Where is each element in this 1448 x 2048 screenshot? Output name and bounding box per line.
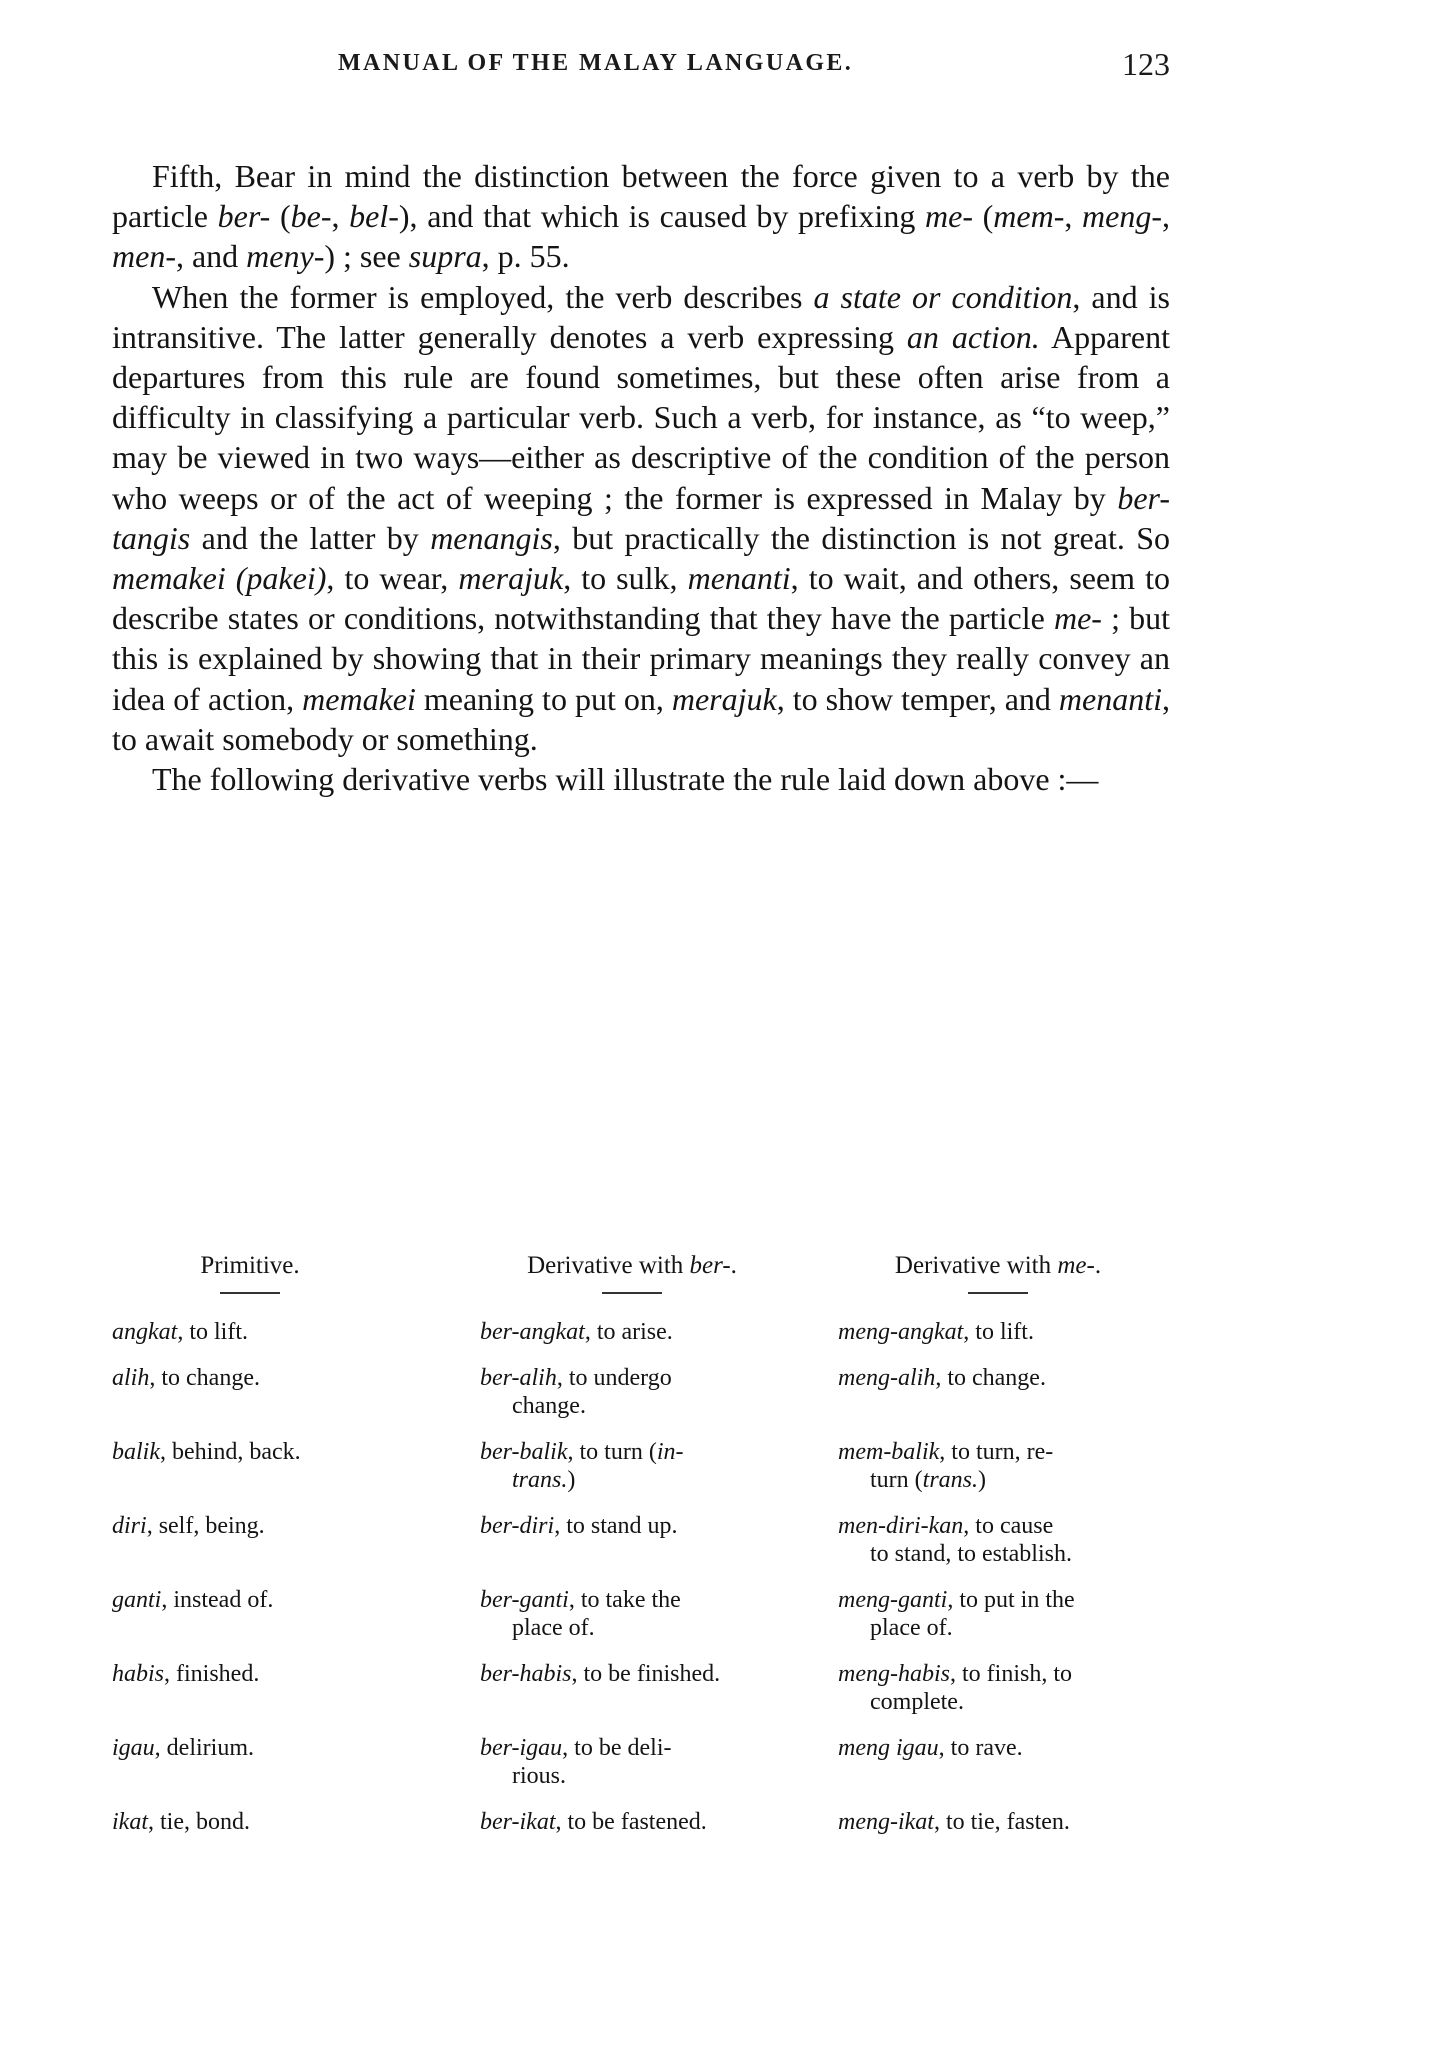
gloss: , finished. [164, 1661, 259, 1687]
table-row: igau, delirium.ber-igau, to be deli-riou… [112, 1734, 1182, 1808]
ber-derivative-cell: ber-angkat, to arise. [480, 1318, 798, 1346]
malay-word: ber-diri [480, 1513, 554, 1539]
column-header-ber: Derivative with ber-. [462, 1252, 802, 1294]
me-derivative-cell: mem-balik, to turn, re-turn (trans.) [838, 1438, 1178, 1494]
malay-word: ber-ikat [480, 1809, 556, 1835]
malay-word: angkat [112, 1319, 177, 1345]
malay-word: ber-angkat [480, 1319, 585, 1345]
primitive-cell: diri, self, being. [112, 1512, 442, 1540]
ber-derivative-cell: ber-diri, to stand up. [480, 1512, 798, 1540]
malay-word: balik [112, 1439, 160, 1465]
gloss: , to turn ( [568, 1439, 657, 1465]
malay-word: habis [112, 1661, 164, 1687]
gloss: , to put in the [947, 1587, 1074, 1613]
primitive-cell: ikat, tie, bond. [112, 1808, 442, 1836]
malay-word: ber-balik [480, 1439, 568, 1465]
table-row: angkat, to lift.ber-angkat, to arise.men… [112, 1318, 1182, 1364]
ber-derivative-cell: ber-igau, to be deli-rious. [480, 1734, 798, 1790]
gloss: , to lift. [963, 1319, 1034, 1345]
primitive-cell: igau, delirium. [112, 1734, 442, 1762]
primitive-cell: habis, finished. [112, 1660, 442, 1688]
page-number: 123 [1122, 46, 1170, 83]
table-row: ganti, instead of.ber-ganti, to take the… [112, 1586, 1182, 1660]
paragraph: The following derivative verbs will illu… [112, 759, 1170, 799]
me-derivative-cell: meng-angkat, to lift. [838, 1318, 1178, 1346]
ber-derivative-cell: ber-alih, to undergochange. [480, 1364, 798, 1420]
malay-word: ber-alih [480, 1365, 557, 1391]
header-rule [968, 1292, 1028, 1294]
primitive-cell: alih, to change. [112, 1364, 442, 1392]
gloss: , delirium. [155, 1735, 254, 1761]
gloss: , to cause [963, 1513, 1053, 1539]
primitive-cell: ganti, instead of. [112, 1586, 442, 1614]
gloss: , to change. [149, 1365, 260, 1391]
gloss: , to be fastened. [556, 1809, 707, 1835]
paragraph: When the former is employed, the verb de… [112, 277, 1170, 759]
malay-word: alih [112, 1365, 149, 1391]
gloss: , to be finished. [572, 1661, 721, 1687]
malay-word: meng-alih [838, 1365, 935, 1391]
ber-derivative-cell: ber-balik, to turn (in-trans.) [480, 1438, 798, 1494]
header-rule [602, 1292, 662, 1294]
table-body: angkat, to lift.ber-angkat, to arise.men… [112, 1318, 1182, 1854]
column-header-primitive: Primitive. [150, 1252, 350, 1294]
ber-derivative-cell: ber-ikat, to be fastened. [480, 1808, 798, 1836]
malay-word: diri [112, 1513, 147, 1539]
table-row: diri, self, being.ber-diri, to stand up.… [112, 1512, 1182, 1586]
malay-word: ber-igau [480, 1735, 562, 1761]
gloss: , instead of. [161, 1587, 273, 1613]
table-row: alih, to change.ber-alih, to undergochan… [112, 1364, 1182, 1438]
gloss: , to change. [935, 1365, 1046, 1391]
gloss: , to arise. [585, 1319, 673, 1345]
gloss: , tie, bond. [148, 1809, 250, 1835]
gloss: , behind, back. [160, 1439, 301, 1465]
primitive-cell: angkat, to lift. [112, 1318, 442, 1346]
table-row: habis, finished.ber-habis, to be finishe… [112, 1660, 1182, 1734]
gloss: , to undergo [557, 1365, 672, 1391]
running-title: MANUAL OF THE MALAY LANGUAGE. [338, 50, 853, 77]
gloss: , to take the [569, 1587, 681, 1613]
malay-word: meng-ganti [838, 1587, 947, 1613]
malay-word: ganti [112, 1587, 161, 1613]
header-rule [220, 1292, 280, 1294]
malay-word: ikat [112, 1809, 148, 1835]
malay-word: ber-ganti [480, 1587, 569, 1613]
body-text: Fifth, Bear in mind the distinction betw… [112, 156, 1170, 799]
malay-word: meng igau [838, 1735, 939, 1761]
gloss: , to rave. [939, 1735, 1023, 1761]
me-derivative-cell: meng-alih, to change. [838, 1364, 1178, 1392]
gloss: , self, being. [147, 1513, 265, 1539]
me-derivative-cell: men-diri-kan, to causeto stand, to estab… [838, 1512, 1178, 1568]
page-header: MANUAL OF THE MALAY LANGUAGE. 123 [338, 50, 1170, 100]
malay-word: meng-habis [838, 1661, 950, 1687]
table-row: ikat, tie, bond.ber-ikat, to be fastened… [112, 1808, 1182, 1854]
malay-word: igau [112, 1735, 155, 1761]
me-derivative-cell: meng-ganti, to put in theplace of. [838, 1586, 1178, 1642]
malay-word: mem-balik [838, 1439, 939, 1465]
gloss: , to tie, fasten. [934, 1809, 1070, 1835]
gloss: , to be deli- [562, 1735, 671, 1761]
derivative-verbs-table: Primitive. Derivative with ber-. Derivat… [112, 1252, 1182, 1854]
gloss: , to stand up. [554, 1513, 677, 1539]
me-derivative-cell: meng-ikat, to tie, fasten. [838, 1808, 1178, 1836]
ber-derivative-cell: ber-ganti, to take theplace of. [480, 1586, 798, 1642]
gloss: , to lift. [177, 1319, 248, 1345]
me-derivative-cell: meng igau, to rave. [838, 1734, 1178, 1762]
table-header: Primitive. Derivative with ber-. Derivat… [112, 1252, 1182, 1318]
gloss: , to finish, to [950, 1661, 1072, 1687]
me-derivative-cell: meng-habis, to finish, tocomplete. [838, 1660, 1178, 1716]
malay-word: meng-ikat [838, 1809, 934, 1835]
primitive-cell: balik, behind, back. [112, 1438, 442, 1466]
ber-derivative-cell: ber-habis, to be finished. [480, 1660, 798, 1688]
table-row: balik, behind, back.ber-balik, to turn (… [112, 1438, 1182, 1512]
malay-word: ber-habis [480, 1661, 572, 1687]
malay-word: meng-angkat [838, 1319, 963, 1345]
paragraph: Fifth, Bear in mind the distinction betw… [112, 156, 1170, 277]
malay-word: men-diri-kan [838, 1513, 963, 1539]
gloss: , to turn, re- [939, 1439, 1053, 1465]
column-header-me: Derivative with me-. [838, 1252, 1158, 1294]
